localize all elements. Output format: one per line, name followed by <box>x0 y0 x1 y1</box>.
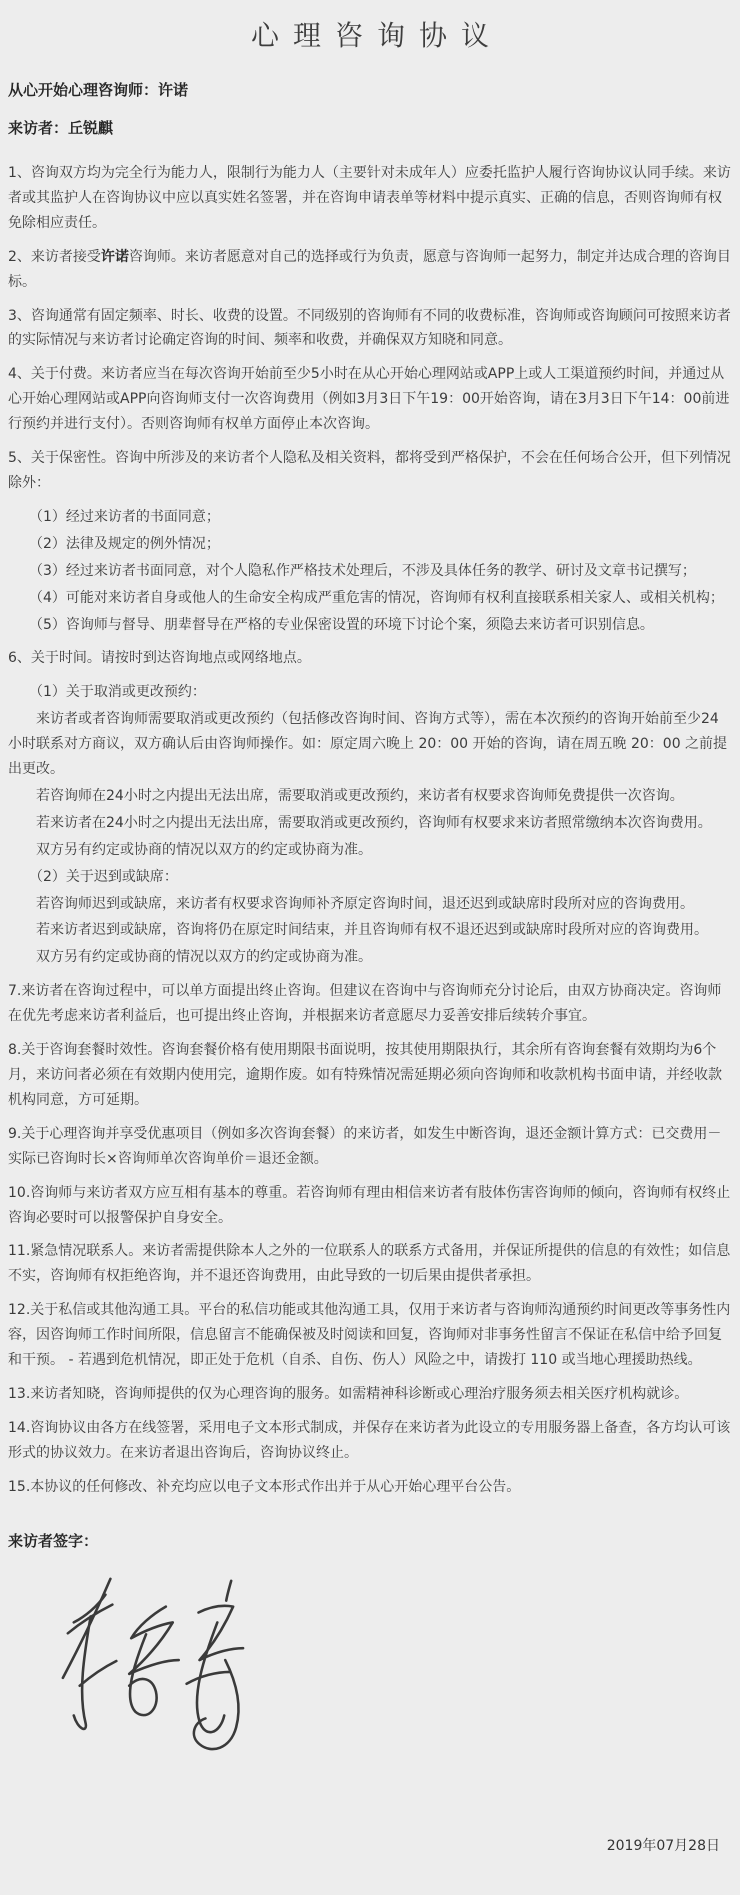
agreement-document: 心理咨询协议 从心开始心理咨询师：许诺 来访者：丘锐麒 1、咨询双方均为完全行为… <box>0 0 740 1895</box>
agreement-paragraph: 双方另有约定或协商的情况以双方的约定或协商为准。 <box>8 838 732 863</box>
agreement-paragraph: 12.关于私信或其他沟通工具。平台的私信功能或其他沟通工具，仅用于来访者与咨询师… <box>8 1298 732 1373</box>
agreement-paragraph: 若来访者迟到或缺席，咨询将仍在原定时间结束，并且咨询师有权不退还迟到或缺席时段所… <box>8 918 732 943</box>
signature-stroke <box>187 1672 231 1684</box>
agreement-paragraph: 13.来访者知晓，咨询师提供的仅为心理咨询的服务。如需精神科诊断或心理治疗服务须… <box>8 1382 732 1407</box>
agreement-paragraph: 若咨询师迟到或缺席，来访者有权要求咨询师补齐原定咨询时间，退还迟到或缺席时段所对… <box>8 892 732 917</box>
agreement-paragraph: 9.关于心理咨询并享受优惠项目（例如多次咨询套餐）的来访者，如发生中断咨询，退还… <box>8 1122 732 1172</box>
agreement-paragraph: 双方另有约定或协商的情况以双方的约定或协商为准。 <box>8 945 732 970</box>
signature-stroke <box>199 1605 244 1659</box>
agreement-paragraph: （1）关于取消或更改预约： <box>8 680 732 705</box>
document-title: 心理咨询协议 <box>8 14 732 54</box>
agreement-paragraph: 14.咨询协议由各方在线签署，采用电子文本形式制成，并保存在来访者为此设立的专用… <box>8 1416 732 1466</box>
signature-stroke <box>63 1578 111 1677</box>
agreement-paragraph: （5）咨询师与督导、朋辈督导在严格的专业保密设置的环境下讨论个案，须隐去来访者可… <box>8 613 732 638</box>
client-signature-image <box>50 1565 250 1763</box>
agreement-paragraph: 7.来访者在咨询过程中，可以单方面提出终止咨询。但建议在咨询中与咨询师充分讨论后… <box>8 979 732 1029</box>
client-signature-label: 来访者签字： <box>8 1530 732 1551</box>
agreement-paragraph: 1、咨询双方均为完全行为能力人，限制行为能力人（主要针对未成年人）应委托监护人履… <box>8 161 732 236</box>
agreement-paragraph: （3）经过来访者书面同意，对个人隐私作严格技术处理后，不涉及具体任务的教学、研讨… <box>8 559 732 584</box>
agreement-paragraph: （2）法律及规定的例外情况； <box>8 532 732 557</box>
signature-stroke <box>80 1661 117 1686</box>
signature-stroke <box>226 1580 231 1600</box>
signature-stroke <box>129 1634 156 1715</box>
signature-stroke <box>74 1616 91 1728</box>
agreement-paragraph: 10.咨询师与来访者双方应互相有基本的尊重。若咨询师有理由相信来访者有肢体伤害咨… <box>8 1181 732 1231</box>
agreement-paragraph: 5、关于保密性。咨询中所涉及的来访者个人隐私及相关资料，都将受到严格保护，不会在… <box>8 446 732 496</box>
agreement-paragraph: （1）经过来访者的书面同意； <box>8 505 732 530</box>
agreement-paragraph: （4）可能对来访者自身或他人的生命安全构成严重危害的情况，咨询师有权利直接联系相… <box>8 586 732 611</box>
agreement-paragraph: 15.本协议的任何修改、补充均应以电子文本形式作出并于从心开始心理平台公告。 <box>8 1475 732 1500</box>
client-name-line: 来访者：丘锐麒 <box>8 118 732 139</box>
agreement-paragraph: 3、咨询通常有固定频率、时长、收费的设置。不同级别的咨询师有不同的收费标准，咨询… <box>8 304 732 354</box>
agreement-paragraph: 2、来访者接受许诺咨询师。来访者愿意对自己的选择或行为负责，愿意与咨询师一起努力… <box>8 245 732 295</box>
agreement-paragraph: （2）关于迟到或缺席： <box>8 865 732 890</box>
agreement-paragraph: 若咨询师在24小时之内提出无法出席，需要取消或更改预约，来访者有权要求咨询师免费… <box>8 784 732 809</box>
agreement-paragraph: 来访者或者咨询师需要取消或更改预约（包括修改咨询时间、咨询方式等），需在本次预约… <box>8 707 732 782</box>
agreement-paragraph: 4、关于付费。来访者应当在每次咨询开始前至少5小时在从心开始心理网站或APP上或… <box>8 362 732 437</box>
counselor-name-line: 从心开始心理咨询师：许诺 <box>8 80 732 101</box>
agreement-paragraph: 8.关于咨询套餐时效性。咨询套餐价格有使用期限书面说明，按其使用期限执行，其余所… <box>8 1038 732 1113</box>
agreement-paragraph: 若来访者在24小时之内提出无法出席，需要取消或更改预约，咨询师有权要求来访者照常… <box>8 811 732 836</box>
signature-date: 2019年07月28日 <box>8 1835 732 1855</box>
agreement-paragraph: 11.紧急情况联系人。来访者需提供除本人之外的一位联系人的联系方式备用，并保证所… <box>8 1239 732 1289</box>
agreement-terms: 1、咨询双方均为完全行为能力人，限制行为能力人（主要针对未成年人）应委托监护人履… <box>8 161 732 1500</box>
agreement-paragraph: 6、关于时间。请按时到达咨询地点或网络地点。 <box>8 646 732 671</box>
